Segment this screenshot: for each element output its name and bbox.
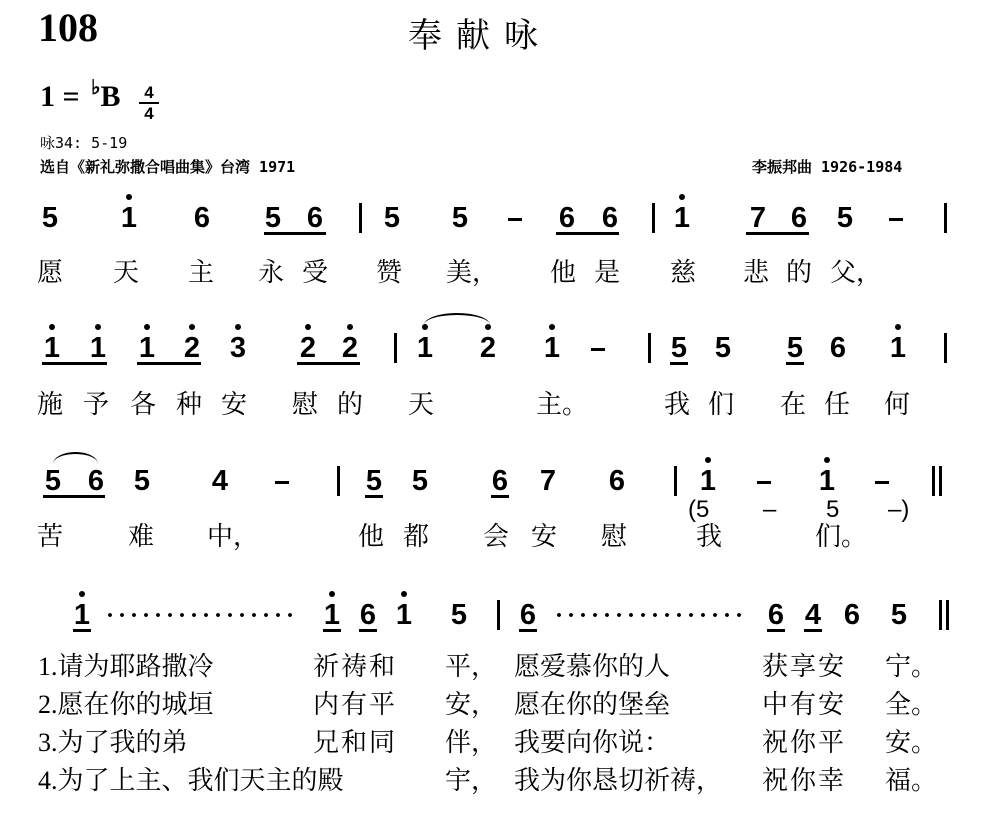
verse-number: 2. xyxy=(38,690,58,719)
verse-text: 祝你幸 xyxy=(762,766,846,796)
note: 5 xyxy=(261,203,285,233)
note: 6 xyxy=(190,203,214,233)
note: 5 xyxy=(38,203,62,233)
lyric: 任 xyxy=(824,390,850,420)
lyric: 慈 xyxy=(670,258,696,288)
note: 1 xyxy=(540,333,564,363)
reciting-dots xyxy=(104,613,296,617)
lyric: 何 xyxy=(884,390,910,420)
time-sig-top: 4 xyxy=(139,84,159,101)
note: 5 xyxy=(887,600,911,630)
lyric: 的 xyxy=(337,390,363,420)
time-sig-bottom: 4 xyxy=(139,105,159,122)
lyric: 我 xyxy=(696,522,722,552)
note: 6 xyxy=(840,600,864,630)
underline-beam xyxy=(73,629,91,632)
note: 1 xyxy=(320,600,344,630)
note: 1 xyxy=(392,600,416,630)
lyric: 们 xyxy=(708,390,734,420)
lyric: 美， xyxy=(446,258,498,288)
note: 6 xyxy=(826,333,850,363)
note: 5 xyxy=(448,203,472,233)
lyric: 种 xyxy=(176,390,202,420)
verse-text: 宁。 xyxy=(885,652,937,682)
verse-number: 3. xyxy=(38,728,58,757)
verse-text: 我为你恳切祈祷， xyxy=(514,766,722,796)
verse-text: 宇， xyxy=(445,766,497,796)
verse-text: 祝你平 xyxy=(762,728,846,758)
underline-beam xyxy=(43,495,105,498)
note: 6 xyxy=(555,203,579,233)
lyric: 安 xyxy=(531,522,557,552)
verse-text: 我要向你说： xyxy=(514,728,670,758)
barline xyxy=(652,203,655,233)
lyric: 都 xyxy=(403,522,429,552)
note: 5 xyxy=(408,466,432,496)
note: 7 xyxy=(746,203,770,233)
note: 7 xyxy=(536,466,560,496)
reference: 咏34: 5-19 xyxy=(40,132,127,153)
note: 6 xyxy=(605,466,629,496)
barline xyxy=(497,600,500,630)
verse-text: 福。 xyxy=(885,766,937,796)
underline-beam xyxy=(264,232,326,235)
note: 1 xyxy=(86,333,110,363)
verse-text: 祈祷和 xyxy=(313,652,397,682)
note: 4 xyxy=(801,600,825,630)
lyric: 天 xyxy=(113,258,139,288)
dash xyxy=(508,218,522,221)
lyric: 各 xyxy=(130,390,156,420)
note: 1 xyxy=(670,203,694,233)
underline-beam xyxy=(786,362,804,365)
verse-text: 愿在你的城垣 xyxy=(58,690,214,720)
lyric: 我 xyxy=(664,390,690,420)
slur xyxy=(424,313,490,325)
lyric: 在 xyxy=(780,390,806,420)
note: 5 xyxy=(783,333,807,363)
lyric: 们。 xyxy=(815,522,867,552)
verse-text: 愿在你的堡垒 xyxy=(514,690,670,720)
barline xyxy=(337,466,340,496)
dash xyxy=(875,481,889,484)
lyric: 赞 xyxy=(376,258,402,288)
note: 2 xyxy=(476,333,500,363)
underline-beam xyxy=(323,629,341,632)
key-signature: 1 = ♭B xyxy=(40,80,121,114)
underline-beam xyxy=(804,629,822,632)
dash xyxy=(275,481,289,484)
underline-beam xyxy=(519,629,537,632)
lyric: 悲 xyxy=(743,258,769,288)
lyric: 主。 xyxy=(536,390,588,420)
note: 2 xyxy=(180,333,204,363)
underline-beam xyxy=(137,362,201,365)
lyric: 难 xyxy=(128,522,154,552)
note: 1 xyxy=(40,333,64,363)
barline xyxy=(359,203,362,233)
note: 6 xyxy=(764,600,788,630)
note: 5 xyxy=(130,466,154,496)
note: 2 xyxy=(296,333,320,363)
note: 5 xyxy=(833,203,857,233)
lyric: 永 xyxy=(258,258,284,288)
note: 6 xyxy=(84,466,108,496)
harmony-note: (5 xyxy=(688,497,709,523)
verse-text: 全。 xyxy=(885,690,937,720)
lyric: 施 xyxy=(37,390,63,420)
verse-text: 兄和同 xyxy=(313,728,397,758)
note: 5 xyxy=(667,333,691,363)
underline-beam xyxy=(297,362,360,365)
note: 6 xyxy=(516,600,540,630)
verse-text: 为了上主、我们天主的殿 xyxy=(58,766,344,796)
verse-text: 内有平 xyxy=(313,690,397,720)
note: 6 xyxy=(488,466,512,496)
note: 6 xyxy=(356,600,380,630)
note: 4 xyxy=(208,466,232,496)
lyric: 他 xyxy=(358,522,384,552)
note: 1 xyxy=(696,466,720,496)
verse-number: 4. xyxy=(38,766,58,795)
verse-line-start: 3.为了我的弟 xyxy=(38,728,188,758)
lyric: 慰 xyxy=(601,522,627,552)
harmony-dash: – xyxy=(763,497,776,523)
double-barline xyxy=(939,600,949,630)
verse-text: 安。 xyxy=(885,728,937,758)
verse-line-start: 1.请为耶路撒冷 xyxy=(38,652,214,682)
note: 6 xyxy=(598,203,622,233)
note: 1 xyxy=(886,333,910,363)
dash xyxy=(889,218,903,221)
flat-icon: ♭ xyxy=(91,77,100,99)
lyric: 天 xyxy=(408,390,434,420)
underline-beam xyxy=(365,495,383,498)
verse-text: 愿爱慕你的人 xyxy=(514,652,670,682)
harmony-dash: –) xyxy=(888,497,909,523)
verse-text: 为了我的弟 xyxy=(58,728,188,758)
verse-text: 获享安 xyxy=(762,652,846,682)
barline xyxy=(674,466,677,496)
verse-text: 中有安 xyxy=(762,690,846,720)
note: 1 xyxy=(135,333,159,363)
source: 选自《新礼弥撒合唱曲集》台湾 1971 xyxy=(40,156,295,177)
key-note: B xyxy=(101,80,121,113)
underline-beam xyxy=(746,232,809,235)
hymn-number: 108 xyxy=(38,4,98,51)
verse-line-start: 2.愿在你的城垣 xyxy=(38,690,214,720)
verse-line-start: 4.为了上主、我们天主的殿 xyxy=(38,766,344,796)
barline xyxy=(648,333,651,363)
double-barline xyxy=(932,466,942,496)
note: 5 xyxy=(362,466,386,496)
note: 6 xyxy=(787,203,811,233)
slur xyxy=(53,452,98,464)
underline-beam xyxy=(42,362,107,365)
lyric: 会 xyxy=(483,522,509,552)
lyric: 主 xyxy=(188,258,214,288)
lyric: 是 xyxy=(594,258,620,288)
lyric: 予 xyxy=(83,390,109,420)
note: 1 xyxy=(815,466,839,496)
lyric: 中， xyxy=(207,522,259,552)
lyric: 父， xyxy=(830,258,882,288)
reciting-dots xyxy=(553,613,743,617)
note: 5 xyxy=(380,203,404,233)
underline-beam xyxy=(767,629,785,632)
underline-beam xyxy=(359,629,377,632)
note: 3 xyxy=(226,333,250,363)
underline-beam xyxy=(491,495,509,498)
note: 5 xyxy=(711,333,735,363)
verse-text: 平， xyxy=(445,652,497,682)
page-title: 奉献咏 xyxy=(408,8,552,57)
composer: 李振邦曲 1926-1984 xyxy=(752,156,902,177)
underline-beam xyxy=(670,362,688,365)
note: 1 xyxy=(117,203,141,233)
lyric: 受 xyxy=(302,258,328,288)
verse-text: 请为耶路撒冷 xyxy=(58,652,214,682)
harmony-note: 5 xyxy=(826,497,839,523)
note: 1 xyxy=(413,333,437,363)
note: 6 xyxy=(303,203,327,233)
barline xyxy=(394,333,397,363)
dash xyxy=(757,481,771,484)
note: 5 xyxy=(447,600,471,630)
lyric: 他 xyxy=(550,258,576,288)
verse-text: 伴， xyxy=(445,728,497,758)
lyric: 慰 xyxy=(292,390,318,420)
key-prefix: 1 = xyxy=(40,80,87,113)
verse-number: 1. xyxy=(38,652,58,681)
barline xyxy=(944,333,947,363)
lyric: 安 xyxy=(221,390,247,420)
note: 5 xyxy=(41,466,65,496)
verse-text: 安， xyxy=(445,690,497,720)
note: 1 xyxy=(70,600,94,630)
lyric: 苦 xyxy=(37,522,63,552)
dash xyxy=(591,348,605,351)
underline-beam xyxy=(556,232,619,235)
barline xyxy=(944,203,947,233)
lyric: 的 xyxy=(786,258,812,288)
note: 2 xyxy=(338,333,362,363)
lyric: 愿 xyxy=(37,258,63,288)
time-signature: 4 4 xyxy=(139,84,159,122)
